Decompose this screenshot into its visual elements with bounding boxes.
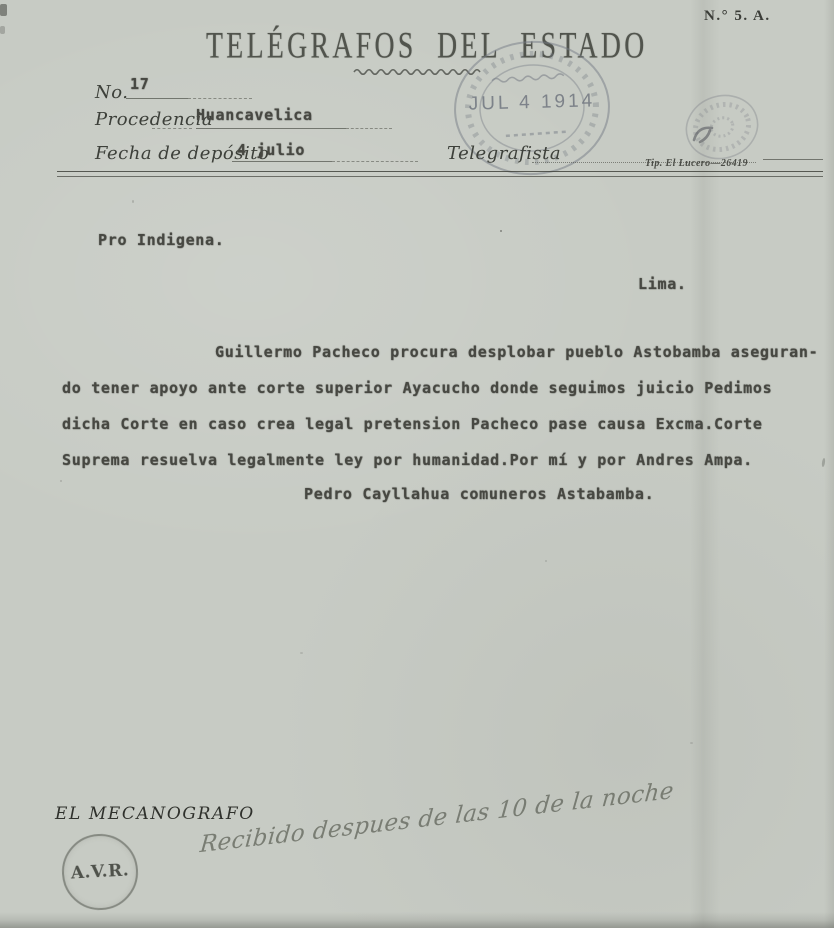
body-line: dicha Corte en caso crea legal pretensio… — [62, 417, 763, 432]
paper-blemish — [500, 230, 502, 232]
paper-blemish — [0, 4, 7, 16]
no-value: 17 — [130, 77, 149, 92]
printer-mark: Tip. El Lucero—26419 — [645, 158, 748, 169]
paper-blemish — [300, 652, 303, 654]
paper-blemish — [545, 560, 547, 562]
typist-label: EL MECANOGRAFO — [55, 804, 255, 824]
paper-blemish — [690, 742, 693, 744]
body-line: Suprema resuelva legalmente ley por huma… — [62, 453, 753, 468]
paper-blemish — [821, 458, 826, 467]
no-label: No. — [95, 82, 129, 103]
paper-blemish — [0, 26, 5, 34]
paper-blemish — [132, 200, 134, 203]
addressee-line: Pro Indigena. — [98, 233, 225, 248]
avr-initials: A.V.R. — [70, 860, 129, 883]
telegrafista-label: Telegrafista — [447, 143, 561, 164]
date-stamp-date: JUL 4 1914 — [452, 90, 613, 116]
telegram-document: N.° 5. A. TELÉGRAFOS DEL ESTADO JUL 4 19… — [0, 0, 834, 928]
procedencia-value: Huancavelica — [196, 108, 313, 123]
paper-blemish — [60, 480, 62, 482]
handwritten-note: Recibido despues de las 10 de la noche — [199, 778, 675, 858]
header-divider — [57, 171, 823, 177]
avr-initials-stamp: A.V.R. — [60, 832, 140, 912]
place-line: Lima. — [638, 277, 687, 292]
fecha-deposito-value: 4 julio — [237, 143, 305, 158]
form-number: N.° 5. A. — [704, 8, 771, 25]
round-seal-stamp-icon — [682, 92, 762, 162]
body-line: do tener apoyo ante corte superior Ayacu… — [62, 381, 772, 396]
signature-line: Pedro Cayllahua comuneros Astabamba. — [304, 487, 654, 502]
body-line: Guillermo Pacheco procura desplobar pueb… — [215, 345, 818, 360]
